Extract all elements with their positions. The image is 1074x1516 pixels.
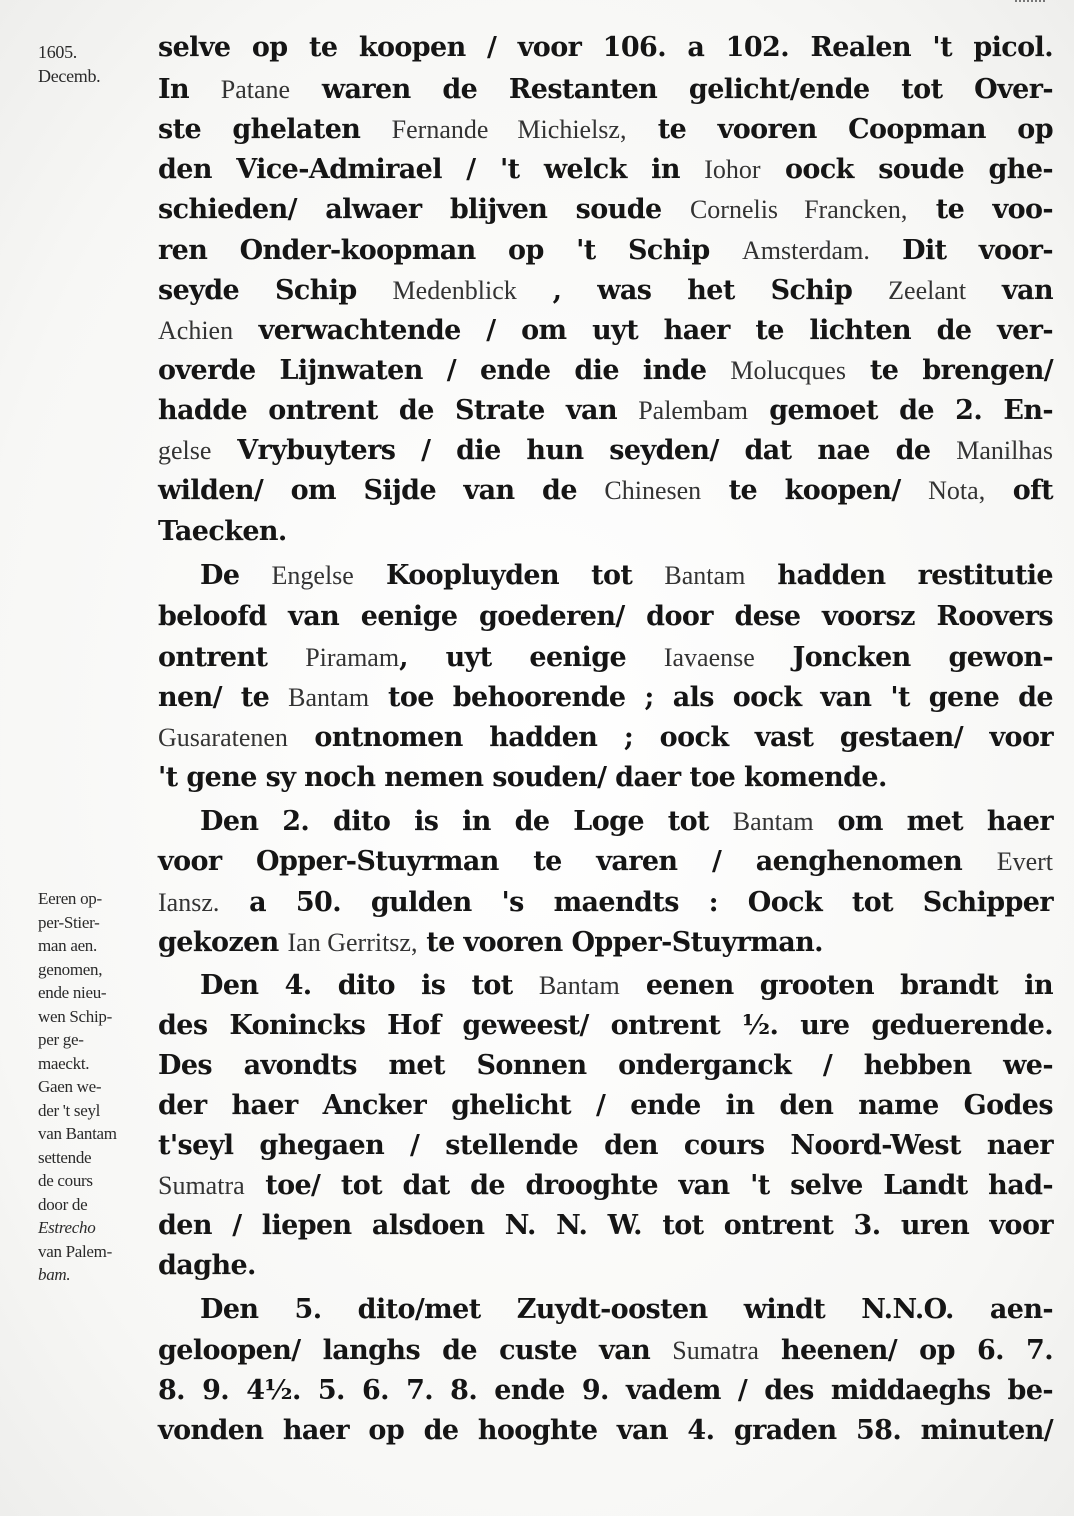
- text-line: voor Opper-Stuyrman te varen / aenghenom…: [158, 842, 1053, 882]
- blackletter-segment: eenen grooten brandt in: [620, 970, 1053, 1001]
- text-line: De Engelse Koopluyden tot Bantam hadden …: [158, 556, 1053, 596]
- roman-segment: Cornelis Francken,: [690, 195, 907, 224]
- roman-segment: Medenblick: [393, 276, 517, 305]
- roman-segment: Zeelant: [888, 276, 966, 305]
- text-line: selve op te koopen / voor 106. a 102. Re…: [158, 28, 1053, 68]
- margin-note-line: van Bantam: [38, 1122, 148, 1146]
- text-line: Des avondts met Sonnen onderganck / hebb…: [158, 1046, 1053, 1086]
- text-line: geloopen/ langhs de custe van Sumatra he…: [158, 1331, 1053, 1371]
- blackletter-segment: oft: [985, 475, 1053, 506]
- text-line: beloofd van eenige goederen/ door dese v…: [158, 597, 1053, 637]
- text-line: vonden haer op de hooghte van 4. graden …: [158, 1411, 1053, 1451]
- text-line: Gusaratenen ontnomen hadden ; oock vast …: [158, 718, 1053, 758]
- blackletter-segment: 8. 9. 4½. 5. 6. 7. 8. ende 9. vadem / de…: [158, 1375, 1053, 1406]
- blackletter-segment: seyde Schip: [158, 275, 393, 306]
- margin-note-line: maeckt.: [38, 1052, 148, 1076]
- margin-note-line: Estrecho: [38, 1216, 148, 1240]
- blackletter-segment: 't gene sy noch nemen souden/ daer toe k…: [158, 762, 887, 793]
- blackletter-segment: te vooren Coopman op: [626, 114, 1053, 145]
- blackletter-segment: t'seyl ghegaen / stellende den cours Noo…: [158, 1130, 1053, 1161]
- text-line: Sumatra toe/ tot dat de drooghte van 't …: [158, 1166, 1053, 1206]
- blackletter-segment: In: [158, 74, 221, 105]
- roman-segment: Evert: [997, 847, 1053, 876]
- text-line: ontrent Piramam, uyt eenige Iavaense Jon…: [158, 638, 1053, 678]
- blackletter-segment: a 50. gulden 's maendts : Oock tot Schip…: [219, 887, 1053, 918]
- text-line: hadde ontrent de Strate van Palembam gem…: [158, 391, 1053, 431]
- blackletter-segment: nen/ te: [158, 682, 288, 713]
- blackletter-segment: beloofd van eenige goederen/ door dese v…: [158, 601, 1053, 632]
- roman-segment: Ian Gerritsz,: [288, 928, 418, 957]
- roman-segment: Engelse: [272, 561, 354, 590]
- text-line: nen/ te Bantam toe behoorende ; als oock…: [158, 678, 1053, 718]
- text-line: 't gene sy noch nemen souden/ daer toe k…: [158, 758, 1053, 798]
- blackletter-segment: Taecken.: [158, 516, 287, 547]
- text-line: den / liepen alsdoen N. N. W. tot ontren…: [158, 1206, 1053, 1246]
- margin-note-line: man aen.: [38, 934, 148, 958]
- blackletter-segment: den Vice-Admirael / 't welck in: [158, 154, 704, 185]
- blackletter-segment: Joncken gewon-: [755, 642, 1053, 673]
- blackletter-segment: voor Opper-Stuyrman te varen / aenghenom…: [158, 846, 997, 877]
- text-line: ren Onder-koopman op 't Schip Amsterdam.…: [158, 231, 1053, 271]
- blackletter-segment: oock soude ghe-: [761, 154, 1053, 185]
- margin-date-note: 1605. Decemb.: [38, 40, 148, 88]
- roman-segment: Bantam: [733, 807, 814, 836]
- blackletter-segment: der haer Ancker ghelicht / ende in den n…: [158, 1090, 1053, 1121]
- blackletter-segment: ontrent: [158, 642, 305, 673]
- margin-note-line: per-Stier-: [38, 911, 148, 935]
- text-line: wilden/ om Sijde van de Chinesen te koop…: [158, 471, 1053, 511]
- roman-segment: Piramam: [305, 643, 399, 672]
- margin-note-line: Eeren op-: [38, 887, 148, 911]
- text-line: der haer Ancker ghelicht / ende in den n…: [158, 1086, 1053, 1126]
- text-line: gelse Vrybuyters / die hun seyden/ dat n…: [158, 431, 1053, 471]
- blackletter-segment: Den 5. dito/met Zuydt-oosten windt N.N.O…: [200, 1294, 1053, 1325]
- blackletter-segment: daghe.: [158, 1250, 256, 1281]
- margin-month: Decemb.: [38, 64, 148, 88]
- roman-segment: Sumatra: [158, 1171, 245, 1200]
- roman-segment: Palembam: [638, 396, 748, 425]
- blackletter-segment: schieden/ alwaer blijven soude: [158, 194, 690, 225]
- blackletter-segment: te voo-: [907, 194, 1053, 225]
- margin-note-line: de cours: [38, 1169, 148, 1193]
- text-line: schieden/ alwaer blijven soude Cornelis …: [158, 190, 1053, 230]
- blackletter-segment: wilden/ om Sijde van de: [158, 475, 604, 506]
- margin-note-line: bam.: [38, 1263, 148, 1287]
- blackletter-segment: heenen/ op 6. 7.: [759, 1335, 1053, 1366]
- blackletter-segment: hadde ontrent de Strate van: [158, 395, 638, 426]
- blackletter-segment: ren Onder-koopman op 't Schip: [158, 235, 742, 266]
- margin-note-line: door de: [38, 1193, 148, 1217]
- page-header-mark: [1015, 0, 1045, 8]
- roman-segment: Amsterdam.: [742, 236, 870, 265]
- blackletter-segment: des Konincks Hof geweest/ ontrent ½. ure…: [158, 1010, 1053, 1041]
- text-line: Den 2. dito is in de Loge tot Bantam om …: [158, 802, 1053, 842]
- margin-note-line: Gaen we-: [38, 1075, 148, 1099]
- text-line: ste ghelaten Fernande Michielsz, te voor…: [158, 110, 1053, 150]
- blackletter-segment: Des avondts met Sonnen onderganck / hebb…: [158, 1050, 1053, 1081]
- roman-segment: Bantam: [539, 971, 620, 1000]
- blackletter-segment: ontnomen hadden ; oock vast gestaen/ voo…: [288, 722, 1053, 753]
- blackletter-segment: overde Lijnwaten / ende die inde: [158, 355, 730, 386]
- margin-note-line: genomen,: [38, 958, 148, 982]
- roman-segment: Nota,: [928, 476, 985, 505]
- text-line: seyde Schip Medenblick , was het Schip Z…: [158, 271, 1053, 311]
- text-line: t'seyl ghegaen / stellende den cours Noo…: [158, 1126, 1053, 1166]
- blackletter-segment: , was het Schip: [517, 275, 888, 306]
- roman-segment: Patane: [221, 75, 290, 104]
- roman-segment: Chinesen: [604, 476, 701, 505]
- text-line: Iansz. a 50. gulden 's maendts : Oock to…: [158, 883, 1053, 923]
- text-line: 8. 9. 4½. 5. 6. 7. 8. ende 9. vadem / de…: [158, 1371, 1053, 1411]
- blackletter-segment: te vooren Opper-Stuyrman.: [417, 927, 822, 958]
- blackletter-segment: te brengen/: [846, 355, 1053, 386]
- roman-segment: Fernande Michielsz,: [392, 115, 627, 144]
- blackletter-segment: Den 4. dito is tot: [200, 970, 539, 1001]
- roman-segment: Molucques: [730, 356, 846, 385]
- margin-note-line: wen Schip-: [38, 1005, 148, 1029]
- roman-segment: gelse: [158, 436, 211, 465]
- margin-year: 1605.: [38, 40, 148, 64]
- blackletter-segment: , uyt eenige: [399, 642, 664, 673]
- roman-segment: Iansz.: [158, 888, 219, 917]
- blackletter-segment: Den 2. dito is in de Loge tot: [200, 806, 733, 837]
- text-line: gekozen Ian Gerritsz, te vooren Opper-St…: [158, 923, 1053, 963]
- blackletter-segment: Vrybuyters / die hun seyden/ dat nae de: [211, 435, 956, 466]
- margin-side-note: Eeren op-per-Stier-man aen.genomen,ende …: [38, 887, 148, 1287]
- scanned-page: 1605. Decemb. Eeren op-per-Stier-man aen…: [0, 0, 1074, 1516]
- margin-note-line: settende: [38, 1146, 148, 1170]
- blackletter-segment: hadden restitutie: [745, 560, 1053, 591]
- blackletter-segment: Koopluyden tot: [354, 560, 665, 591]
- roman-segment: Iavaense: [664, 643, 755, 672]
- text-line: daghe.: [158, 1246, 1053, 1286]
- text-line: overde Lijnwaten / ende die inde Molucqu…: [158, 351, 1053, 391]
- blackletter-segment: geloopen/ langhs de custe van: [158, 1335, 672, 1366]
- text-line: Den 4. dito is tot Bantam eenen grooten …: [158, 966, 1053, 1006]
- text-line: Taecken.: [158, 512, 1053, 552]
- roman-segment: Sumatra: [672, 1336, 759, 1365]
- blackletter-segment: ste ghelaten: [158, 114, 392, 145]
- roman-segment: Iohor: [704, 155, 760, 184]
- blackletter-segment: Dit voor-: [870, 235, 1053, 266]
- text-line: Achien verwachtende / om uyt haer te lic…: [158, 311, 1053, 351]
- text-line: des Konincks Hof geweest/ ontrent ½. ure…: [158, 1006, 1053, 1046]
- roman-segment: Gusaratenen: [158, 723, 288, 752]
- margin-note-line: ende nieu-: [38, 981, 148, 1005]
- blackletter-segment: vonden haer op de hooghte van 4. graden …: [158, 1415, 1053, 1446]
- blackletter-segment: De: [200, 560, 272, 591]
- text-line: Den 5. dito/met Zuydt-oosten windt N.N.O…: [158, 1290, 1053, 1330]
- roman-segment: Manilhas: [956, 436, 1053, 465]
- roman-segment: Achien: [158, 316, 233, 345]
- blackletter-segment: om met haer: [814, 806, 1053, 837]
- blackletter-segment: toe behoorende ; als oock van 't gene de: [369, 682, 1053, 713]
- blackletter-segment: van: [966, 275, 1053, 306]
- blackletter-segment: te koopen/: [701, 475, 928, 506]
- margin-note-line: per ge-: [38, 1028, 148, 1052]
- blackletter-segment: gemoet de 2. En-: [748, 395, 1053, 426]
- blackletter-segment: waren de Restanten gelicht/ende tot Over…: [290, 74, 1053, 105]
- blackletter-segment: toe/ tot dat de drooghte van 't selve La…: [245, 1170, 1053, 1201]
- blackletter-segment: gekozen: [158, 927, 288, 958]
- margin-note-line: van Palem-: [38, 1240, 148, 1264]
- roman-segment: Bantam: [664, 561, 745, 590]
- text-line: den Vice-Admirael / 't welck in Iohor oo…: [158, 150, 1053, 190]
- blackletter-segment: verwachtende / om uyt haer te lichten de…: [233, 315, 1053, 346]
- blackletter-segment: selve op te koopen / voor 106. a 102. Re…: [158, 32, 1053, 63]
- text-line: In Patane waren de Restanten gelicht/end…: [158, 70, 1053, 110]
- margin-note-line: der 't seyl: [38, 1099, 148, 1123]
- roman-segment: Bantam: [288, 683, 369, 712]
- blackletter-segment: den / liepen alsdoen N. N. W. tot ontren…: [158, 1210, 1053, 1241]
